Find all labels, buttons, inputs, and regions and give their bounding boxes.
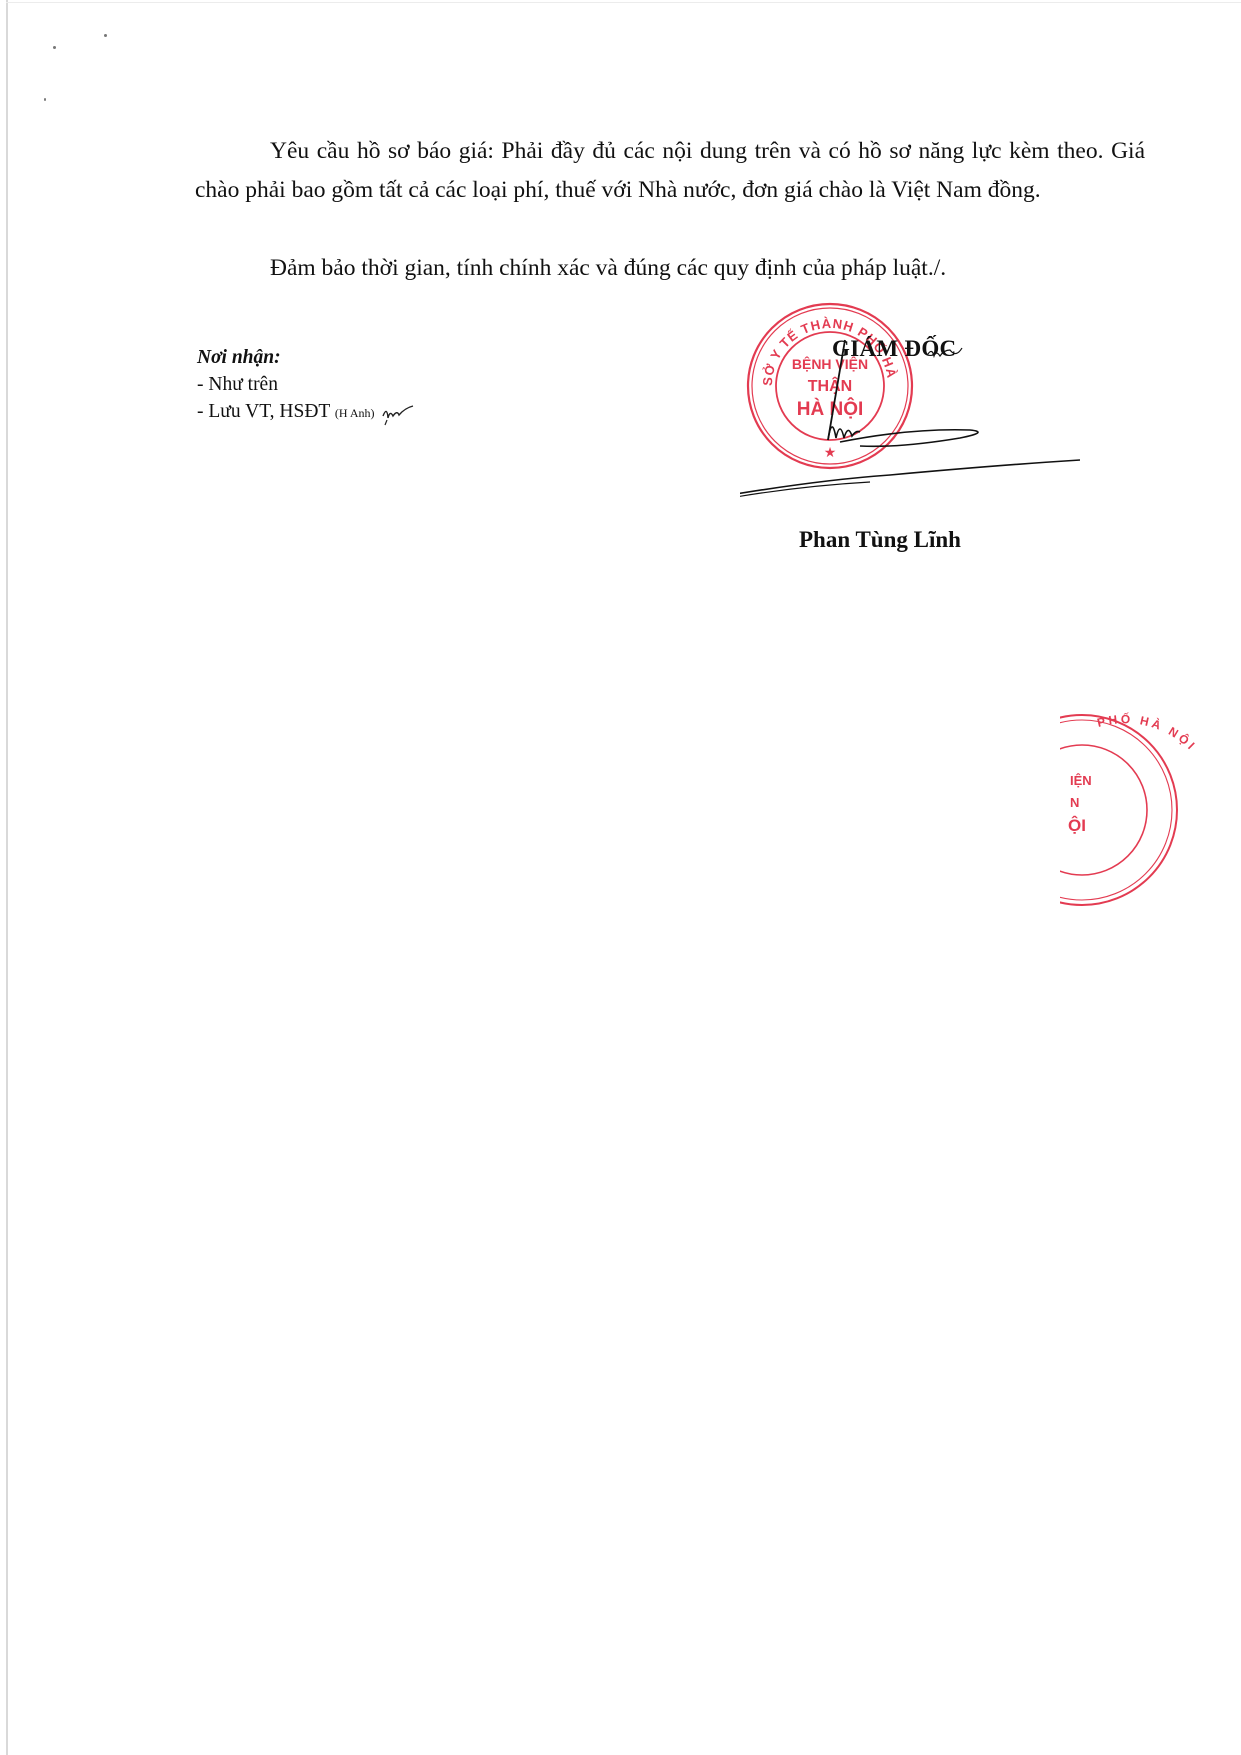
handwritten-signature-icon xyxy=(740,320,1080,500)
paragraph-text: Yêu cầu hồ sơ báo giá: Phải đầy đủ các n… xyxy=(195,138,1145,203)
recipient-item: - Lưu VT, HSĐT (H Anh) xyxy=(197,398,419,427)
svg-text:ỘI: ỘI xyxy=(1068,816,1086,835)
signer-name: Phan Tùng Lĩnh xyxy=(799,527,961,553)
recipients-block: Nơi nhận: - Như trên - Lưu VT, HSĐT (H A… xyxy=(197,344,419,427)
paragraph-text: Đảm bảo thời gian, tính chính xác và đún… xyxy=(270,255,946,281)
scan-speck xyxy=(53,46,56,49)
handwritten-initials-icon xyxy=(379,400,419,426)
svg-text:N: N xyxy=(1070,795,1079,810)
recipients-title: Nơi nhận: xyxy=(197,344,419,371)
scan-edge xyxy=(6,0,8,1755)
partial-seal-stamp-icon: PHỐ HÀ NỘI IỆN N ỘI xyxy=(1060,705,1241,915)
svg-text:IỆN: IỆN xyxy=(1070,773,1092,788)
recipient-item: - Như trên xyxy=(197,371,419,398)
recipient-item-note: (H Anh) xyxy=(335,406,375,420)
body-paragraph-assurance: Đảm bảo thời gian, tính chính xác và đún… xyxy=(195,249,1145,288)
scan-edge-top xyxy=(6,2,1241,3)
recipient-item-text: - Lưu VT, HSĐT xyxy=(197,401,330,422)
scan-speck xyxy=(44,98,46,101)
scan-speck xyxy=(104,34,107,37)
body-paragraph-quote-requirements: Yêu cầu hồ sơ báo giá: Phải đầy đủ các n… xyxy=(195,132,1145,210)
